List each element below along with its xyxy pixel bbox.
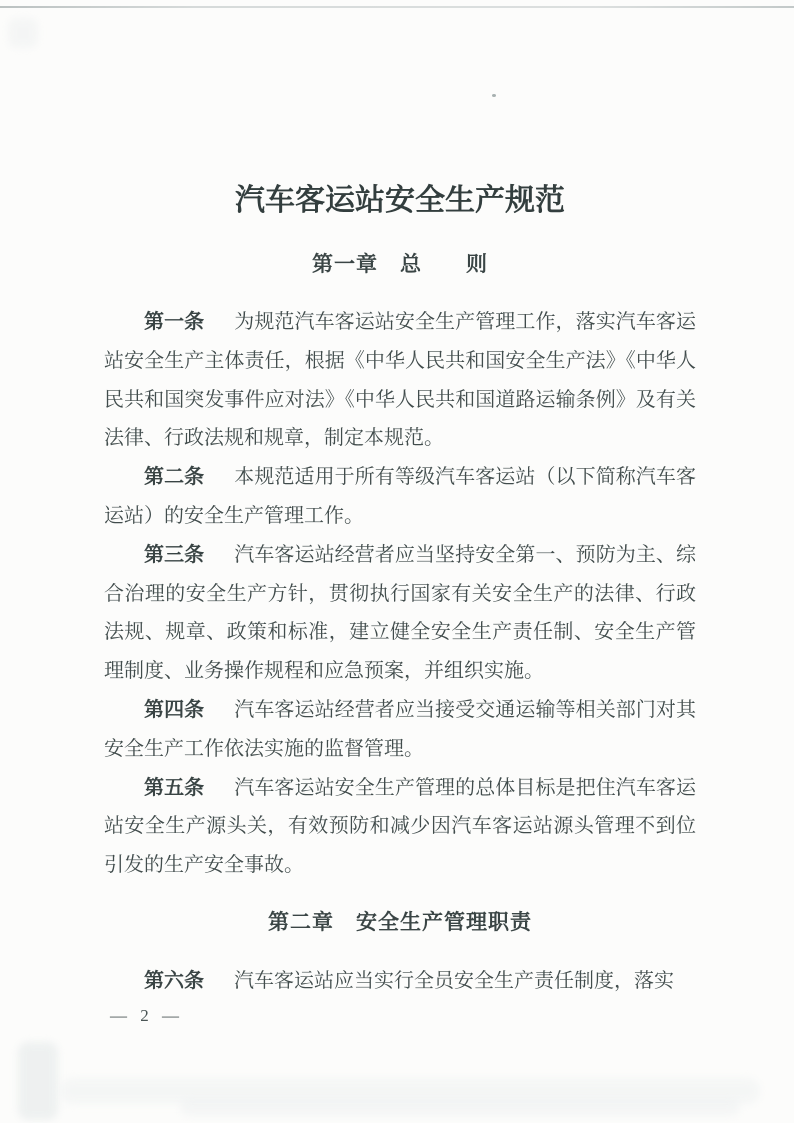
chapter-2-heading: 第二章 安全生产管理职责: [104, 909, 696, 935]
text-column: 汽车客运站安全生产规范 第一章 总 则 第一条为规范汽车客运站安全生产管理工作，…: [104, 0, 696, 1001]
document-title: 汽车客运站安全生产规范: [104, 0, 696, 218]
article-6-label: 第六条: [144, 970, 234, 992]
article-2-label: 第二条: [144, 466, 234, 488]
scan-smudge: [8, 18, 38, 48]
scanned-document-page: 汽车客运站安全生产规范 第一章 总 则 第一条为规范汽车客运站安全生产管理工作，…: [0, 0, 794, 1123]
scan-smudge: [18, 1042, 58, 1120]
article-4: 第四条汽车客运站经营者应当接受交通运输等相关部门对其安全生产工作依法实施的监督管…: [104, 691, 696, 769]
chapter-1-heading: 第一章 总 则: [104, 251, 696, 277]
article-3-label: 第三条: [144, 544, 234, 566]
article-6: 第六条汽车客运站应当实行全员安全生产责任制度，落实: [104, 962, 696, 1001]
article-2: 第二条本规范适用于所有等级汽车客运站（以下简称汽车客运站）的安全生产管理工作。: [104, 458, 696, 536]
article-1: 第一条为规范汽车客运站安全生产管理工作，落实汽车客运站安全生产主体责任，根据《中…: [104, 303, 696, 458]
article-1-label: 第一条: [144, 311, 234, 333]
scan-smudge: [180, 1098, 740, 1116]
page-number: — 2 —: [110, 1006, 180, 1026]
article-5-label: 第五条: [144, 777, 234, 799]
article-4-label: 第四条: [144, 699, 234, 721]
article-5: 第五条汽车客运站安全生产管理的总体目标是把住汽车客运站安全生产源头关，有效预防和…: [104, 769, 696, 885]
article-3: 第三条汽车客运站经营者应当坚持安全第一、预防为主、综合治理的安全生产方针，贯彻执…: [104, 536, 696, 691]
article-6-text: 汽车客运站应当实行全员安全生产责任制度，落实: [234, 970, 674, 992]
